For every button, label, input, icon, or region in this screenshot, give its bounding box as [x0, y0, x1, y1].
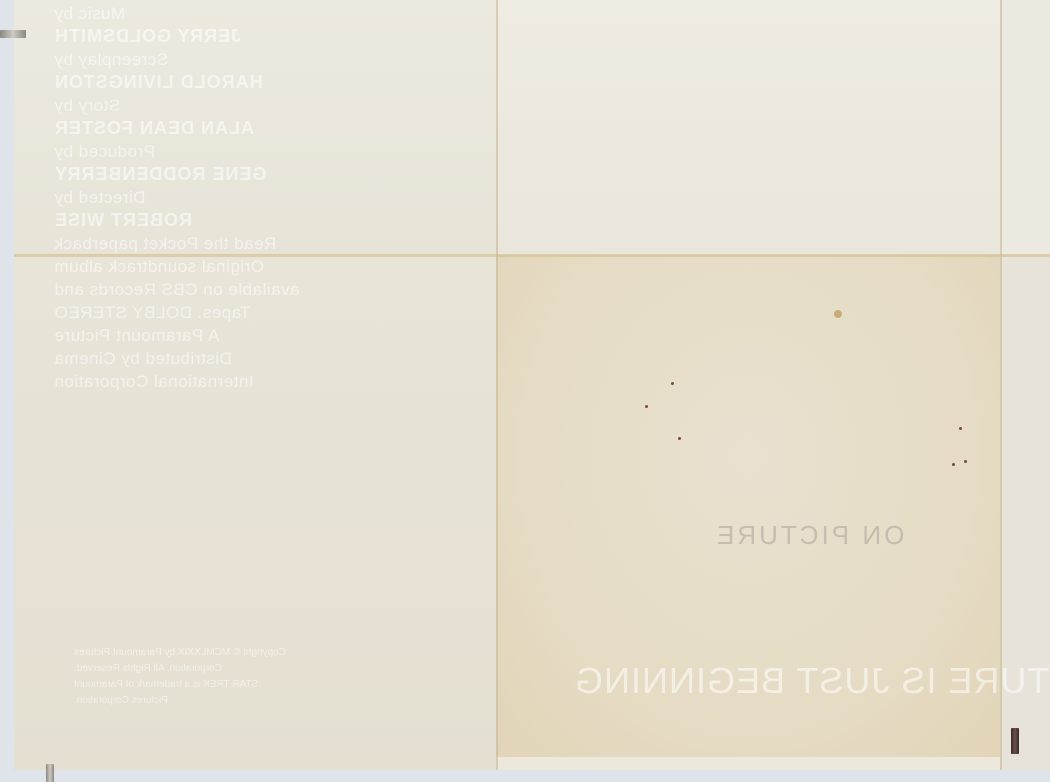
- display-clip: [46, 764, 54, 782]
- credit-line: HAROLD LIVINGSTON: [54, 71, 354, 94]
- credit-line: International Corporation: [54, 370, 354, 393]
- credit-line: GENE RODDENBERRY: [54, 163, 354, 186]
- legal-line: Pictures Corporation.: [74, 693, 334, 709]
- credit-line: Directed by: [54, 186, 354, 209]
- mirrored-title-fragment: ON PICTURE: [714, 520, 904, 551]
- credit-line: ROBERT WISE: [54, 209, 354, 232]
- stain-spot: [834, 310, 842, 318]
- mirrored-legal-text: Copyright © MCMLXXIX by Paramount Pictur…: [74, 645, 334, 709]
- mirrored-tagline: TURE IS JUST BEGINNING: [574, 660, 1049, 702]
- credit-line: Produced by: [54, 140, 354, 163]
- foxing-spot: [964, 460, 967, 463]
- credit-line: Distributed by Cinema: [54, 347, 354, 370]
- display-clip: [1011, 728, 1019, 754]
- foxing-spot: [678, 437, 681, 440]
- poster-back: Music by JERRY GOLDSMITH Screenplay by H…: [14, 0, 1050, 770]
- credit-line: Read the Pocket paperback: [54, 232, 354, 255]
- credit-line: Story by: [54, 94, 354, 117]
- credit-line: Music by: [54, 2, 354, 25]
- credit-line: Screenplay by: [54, 48, 354, 71]
- mirrored-credits: Music by JERRY GOLDSMITH Screenplay by H…: [54, 2, 354, 393]
- foxing-spot: [952, 463, 955, 466]
- panel-top-right: [1000, 0, 1050, 255]
- credit-line: ALAN DEAN FOSTER: [54, 117, 354, 140]
- fold-line-vertical: [1000, 0, 1002, 770]
- foxing-spot: [671, 382, 674, 385]
- display-clip: [0, 30, 26, 38]
- foxing-spot: [959, 427, 962, 430]
- credit-line: Original soundtrack album: [54, 255, 354, 278]
- credit-line: Tapes. DOLBY STEREO: [54, 301, 354, 324]
- credit-line: available on CBS Records and: [54, 278, 354, 301]
- legal-line: Copyright © MCMLXXIX by Paramount Pictur…: [74, 645, 334, 661]
- legal-line: Corporation. All Rights Reserved.: [74, 661, 334, 677]
- panel-top-middle: [496, 0, 1000, 255]
- foxing-spot: [645, 405, 648, 408]
- legal-line: STAR TREK is a trademark of Paramount: [74, 677, 334, 693]
- fold-line-vertical: [496, 0, 498, 770]
- credit-line: JERRY GOLDSMITH: [54, 25, 354, 48]
- credit-line: A Paramount Picture: [54, 324, 354, 347]
